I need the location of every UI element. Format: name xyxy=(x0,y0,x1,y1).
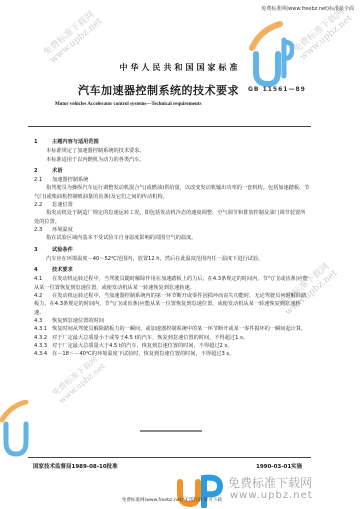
paragraph: 本标准适用于以内燃机为动力的各类汽车。 xyxy=(34,156,310,164)
clause-item: 4.3.1恢复时间从驾驶员解除踏板力的一瞬间，或加速器控制系统中的某一环节断开或… xyxy=(34,325,310,333)
clause-item: 4.3.3对于厂定最大总质量大于4.5 t的汽车，恢复到怠速位置的时间，不得超过… xyxy=(34,342,310,350)
subsection-heading: 2.2怠速位置 xyxy=(34,201,310,209)
clause-heading: 4.3恢复到怠速位置的时间 xyxy=(34,317,310,325)
section-heading: 1主题内容与适用范围 xyxy=(34,138,310,146)
section-heading: 4技术要求 xyxy=(34,266,310,274)
watermark-site-name: 免费标准下载网 xyxy=(228,474,312,491)
standard-code: GB 11561—89 xyxy=(248,86,306,93)
watermark-text: 免费标准下载网www.upbz.net xyxy=(50,353,107,405)
page-title: 汽车加速器控制系统的技术要求 xyxy=(78,82,239,98)
paragraph: 指发动机处于制造厂规定的怠速运转工况，即包括发动机冷态的速度调整、空气调节和排放… xyxy=(34,209,310,226)
clause-item: 4.2在发动机运转过程中，当加速器控制系统内的第一环节断开或零件因损坏而丧失功能… xyxy=(34,292,310,317)
header-divider xyxy=(28,126,311,127)
paragraph: 指在试验区域内基本不受试验车自身温度影响的周围空气的温度。 xyxy=(34,234,310,242)
top-banner[interactable]: 免费标准网(www.freebz.net)标准最全面 xyxy=(261,5,354,12)
up-logo-icon xyxy=(248,20,294,90)
up-logo-icon xyxy=(0,400,40,460)
section-heading: 3试验条件 xyxy=(34,246,310,254)
paragraph: 本标准规定了加速器控制系统的技术要求。 xyxy=(34,147,310,155)
watermark-text: 免费标准下载网www.upbz.net xyxy=(290,3,354,62)
subsection-heading: 2.3环境温度 xyxy=(34,226,310,234)
watermark-site-url: www.upbz.net xyxy=(230,490,313,501)
end-of-text-rule xyxy=(140,430,202,432)
document-body: 1主题内容与适用范围 本标准规定了加速器控制系统的技术要求。 本标准适用于以内燃… xyxy=(34,135,310,358)
section-heading: 2术语 xyxy=(34,167,310,175)
paragraph: 指驾驶员为操纵汽车运行调整发动机混合气(或燃油)供给量，以改变发动机输出功率的一… xyxy=(34,184,310,201)
national-standard-heading: 中华人民共和国国家标准 xyxy=(0,62,360,73)
approval-date: 国家技术监督局1989-08-10批准 xyxy=(33,462,118,470)
watermark-text: 免费标准下载网www.upbz.net xyxy=(40,6,104,65)
page-title-english: Motor vehicles Accelerator control syste… xyxy=(55,102,201,107)
footer-divider xyxy=(28,457,311,458)
clause-item: 4.3.2对于厂定最大总质量小于或等于4.5 t的汽车，恢复到怠速位置的时间，不… xyxy=(34,334,310,342)
clause-item: 4.1在发动机运转过程中，当驾驶员随时解除作用在加速踏板上的力后，在4.3条规定… xyxy=(34,275,310,292)
subsection-heading: 2.1加速器控制系统 xyxy=(34,176,310,184)
clause-item: 4.3.4在－18～－40℃的环境温度下试验时，恢复到怠速位置的时间，不得超过3… xyxy=(34,350,310,358)
implementation-date: 1990-03-01实施 xyxy=(256,462,302,470)
bottom-banner[interactable]: 免费标准网(www.freebz.net) 无需注册 即可下载 xyxy=(122,497,222,503)
paragraph: 汽车应在环境温度－40～52℃范围内，放置12 h，然后在此温度范围内任一温度下… xyxy=(34,255,310,263)
